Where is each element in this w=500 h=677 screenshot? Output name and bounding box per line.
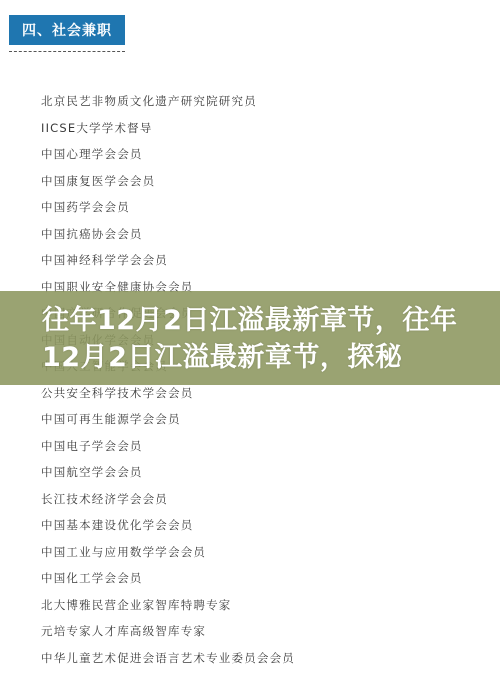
list-item: 北大博雅民营企业家智库特聘专家 — [41, 592, 295, 619]
list-item: 北京民艺非物质文化遗产研究院研究员 — [41, 88, 295, 115]
overlay-title: 往年12月2日江溢最新章节，往年12月2日江溢最新章节，探秘 — [42, 302, 492, 376]
list-item: 元培专家人才库高级智库专家 — [41, 618, 295, 645]
list-item: 中国化工学会会员 — [41, 565, 295, 592]
list-item: 中国药学会会员 — [41, 194, 295, 221]
list-item: 中国基本建设优化学会会员 — [41, 512, 295, 539]
list-item: 长江技术经济学会会员 — [41, 486, 295, 513]
list-item: IICSE大学学术督导 — [41, 115, 295, 142]
dotted-divider — [9, 51, 125, 52]
list-item: 中国神经科学学会会员 — [41, 247, 295, 274]
list-item: 中国可再生能源学会会员 — [41, 406, 295, 433]
list-item: 中国康复医学会会员 — [41, 168, 295, 195]
list-item: 中国心理学会会员 — [41, 141, 295, 168]
list-item: 中国抗癌协会会员 — [41, 221, 295, 248]
list-item: 中国航空学会会员 — [41, 459, 295, 486]
list-item: 中国工业与应用数学学会会员 — [41, 539, 295, 566]
section-header: 四、社会兼职 — [9, 15, 125, 45]
list-item: 中国电子学会会员 — [41, 433, 295, 460]
list-item: 中华儿童艺术促进会语言艺术专业委员会会员 — [41, 645, 295, 672]
